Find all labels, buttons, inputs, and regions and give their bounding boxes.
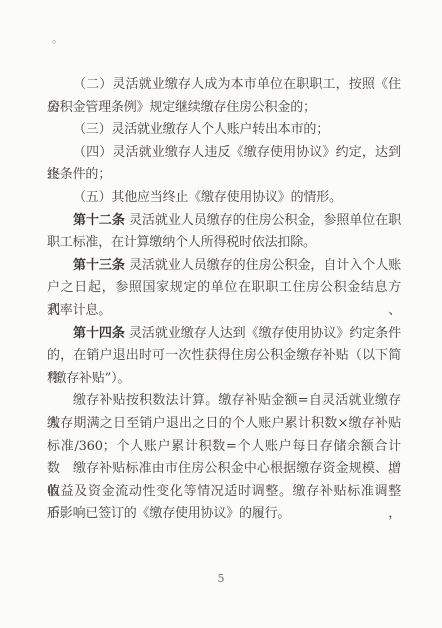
- text-line: 标准/360；个人账户累计积数=个人账户每日存储余额合计数。: [47, 436, 401, 459]
- document-page: 。 （二）灵活就业缴存人成为本市单位在职职工，按照《住房公积金管理条例》规定继续…: [0, 0, 442, 628]
- text-line: 第十二条 灵活就业人员缴存的住房公积金，参照单位在职: [47, 210, 401, 233]
- text-line: （二）灵活就业缴存人成为本市单位在职职工，按照《住房: [47, 74, 401, 97]
- text-line: （三）灵活就业缴存人个人账户转出本市的；: [47, 119, 401, 142]
- document-body: （二）灵活就业缴存人成为本市单位在职职工，按照《住房公积金管理条例》规定继续缴存…: [47, 74, 401, 526]
- article-number: 第十四条: [73, 326, 125, 341]
- article-number: 第十二条: [73, 213, 125, 228]
- text-line: （五）其他应当终止《缴存使用协议》的情形。: [47, 187, 401, 210]
- text-line: 缴存补贴按积数法计算。缴存补贴金额=自灵活就业缴存人: [47, 390, 401, 413]
- text-run: “缴存补贴”）。: [47, 371, 130, 386]
- text-run: 利率计息。: [47, 303, 111, 318]
- text-run: 灵活就业人员缴存的住房公积金，自计入个人账: [125, 258, 401, 273]
- text-run: 不影响已签订的《缴存使用协议》的履行。: [47, 506, 290, 521]
- text-run: 缴存期满之日至销户退出之日的个人账户累计积数×缴存补贴: [47, 416, 401, 431]
- text-line: 的，在销户退出时可一次性获得住房公积金缴存补贴（以下简称: [47, 345, 401, 368]
- text-run: 职工标准，在计算缴纳个人所得税时依法扣除。: [47, 235, 316, 250]
- article-number: 第十三条: [73, 258, 125, 273]
- text-line: 职工标准，在计算缴纳个人所得税时依法扣除。: [47, 232, 401, 255]
- text-line: 止条件的；: [47, 164, 401, 187]
- text-line: 户之日起，参照国家规定的单位在职职工住房公积金结息方式、: [47, 277, 401, 300]
- text-line: 缴存补贴标准由市住房公积金中心根据缴存资金规模、增值: [47, 458, 401, 481]
- text-run: 灵活就业人员缴存的住房公积金，参照单位在职: [125, 213, 401, 228]
- stray-punctuation-mark: 。: [52, 33, 63, 44]
- text-line: “缴存补贴”）。: [47, 368, 401, 391]
- text-line: 第十四条 灵活就业缴存人达到《缴存使用协议》约定条件: [47, 323, 401, 346]
- text-line: （四）灵活就业缴存人违反《缴存使用协议》约定，达到终: [47, 142, 401, 165]
- text-line: 收益及资金流动性变化等情况适时调整。缴存补贴标准调整后，: [47, 481, 401, 504]
- text-run: 止条件的；: [47, 167, 111, 182]
- text-run: 公积金管理条例》规定继续缴存住房公积金的；: [47, 100, 316, 115]
- text-line: 缴存期满之日至销户退出之日的个人账户累计积数×缴存补贴: [47, 413, 401, 436]
- text-run: （三）灵活就业缴存人个人账户转出本市的；: [73, 122, 329, 137]
- page-number: 5: [0, 572, 442, 585]
- text-line: 公积金管理条例》规定继续缴存住房公积金的；: [47, 97, 401, 120]
- text-run: （五）其他应当终止《缴存使用协议》的情形。: [73, 190, 342, 205]
- text-line: 第十三条 灵活就业人员缴存的住房公积金，自计入个人账: [47, 255, 401, 278]
- text-run: 灵活就业缴存人达到《缴存使用协议》约定条件: [125, 326, 401, 341]
